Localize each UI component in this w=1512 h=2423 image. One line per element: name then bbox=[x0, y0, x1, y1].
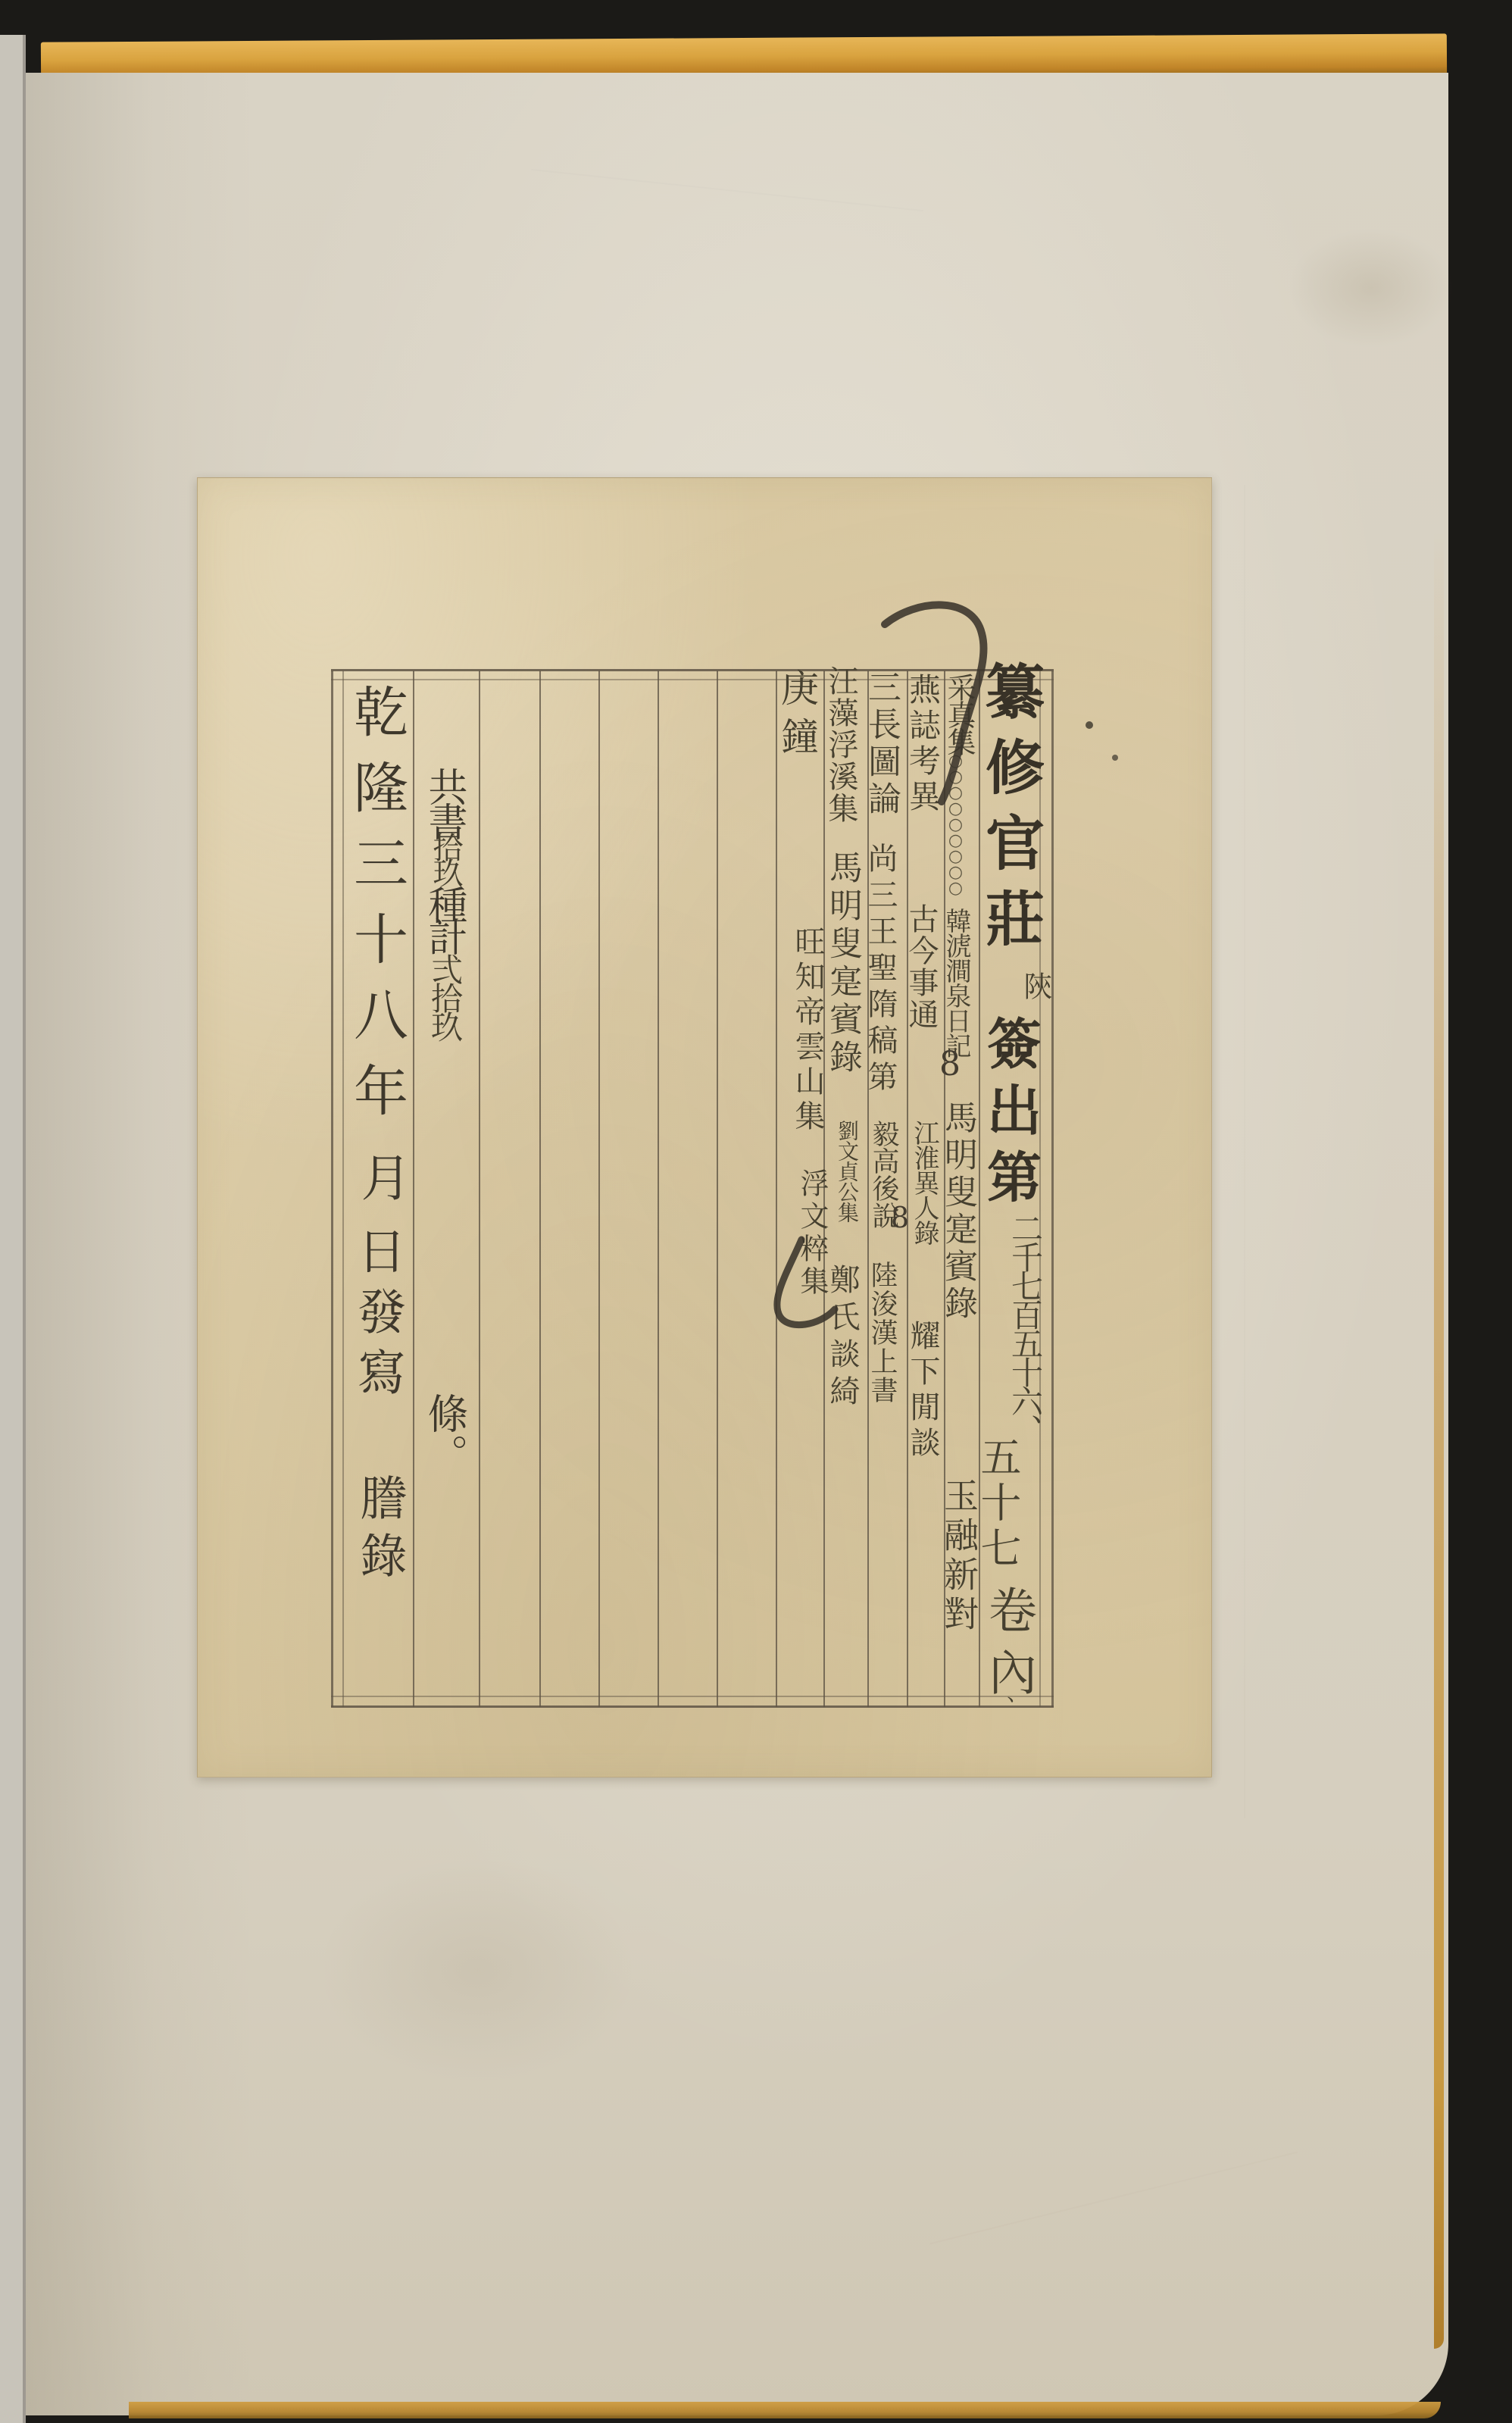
grid-line bbox=[331, 1705, 1054, 1708]
grid-line bbox=[539, 671, 541, 1707]
grid-line bbox=[979, 671, 980, 1707]
count-digit: 8 bbox=[891, 1203, 909, 1232]
page-crease bbox=[1244, 485, 1245, 1818]
grid-line bbox=[331, 679, 1054, 680]
grid-line bbox=[479, 671, 480, 1707]
grid-line bbox=[823, 671, 825, 1707]
grid-line bbox=[717, 671, 718, 1707]
grid-line bbox=[331, 1696, 1054, 1697]
adjacent-page-edge bbox=[0, 35, 26, 2423]
grid-line bbox=[1051, 671, 1054, 1707]
pasted-slip bbox=[197, 477, 1212, 1777]
count-digit: 8 bbox=[939, 1048, 961, 1081]
grid-line bbox=[331, 671, 333, 1707]
grid-line bbox=[658, 671, 659, 1707]
grid-line bbox=[331, 669, 1054, 671]
scanned-book-page: 纂修官莊 陝 簽出第 二千七百五十六、 五十七 卷內 、 采真集 ○○○○○○○… bbox=[0, 0, 1512, 2423]
grid-line bbox=[342, 671, 344, 1707]
grid-line bbox=[944, 671, 945, 1707]
gilt-bottom-edge bbox=[129, 2402, 1441, 2418]
gilt-right-edge bbox=[1434, 530, 1444, 2349]
grid-line bbox=[776, 671, 777, 1707]
grid-line bbox=[598, 671, 600, 1707]
grid-line bbox=[413, 671, 414, 1707]
grid-line bbox=[867, 671, 869, 1707]
grid-line bbox=[907, 671, 908, 1707]
grid-line bbox=[1039, 671, 1041, 1707]
